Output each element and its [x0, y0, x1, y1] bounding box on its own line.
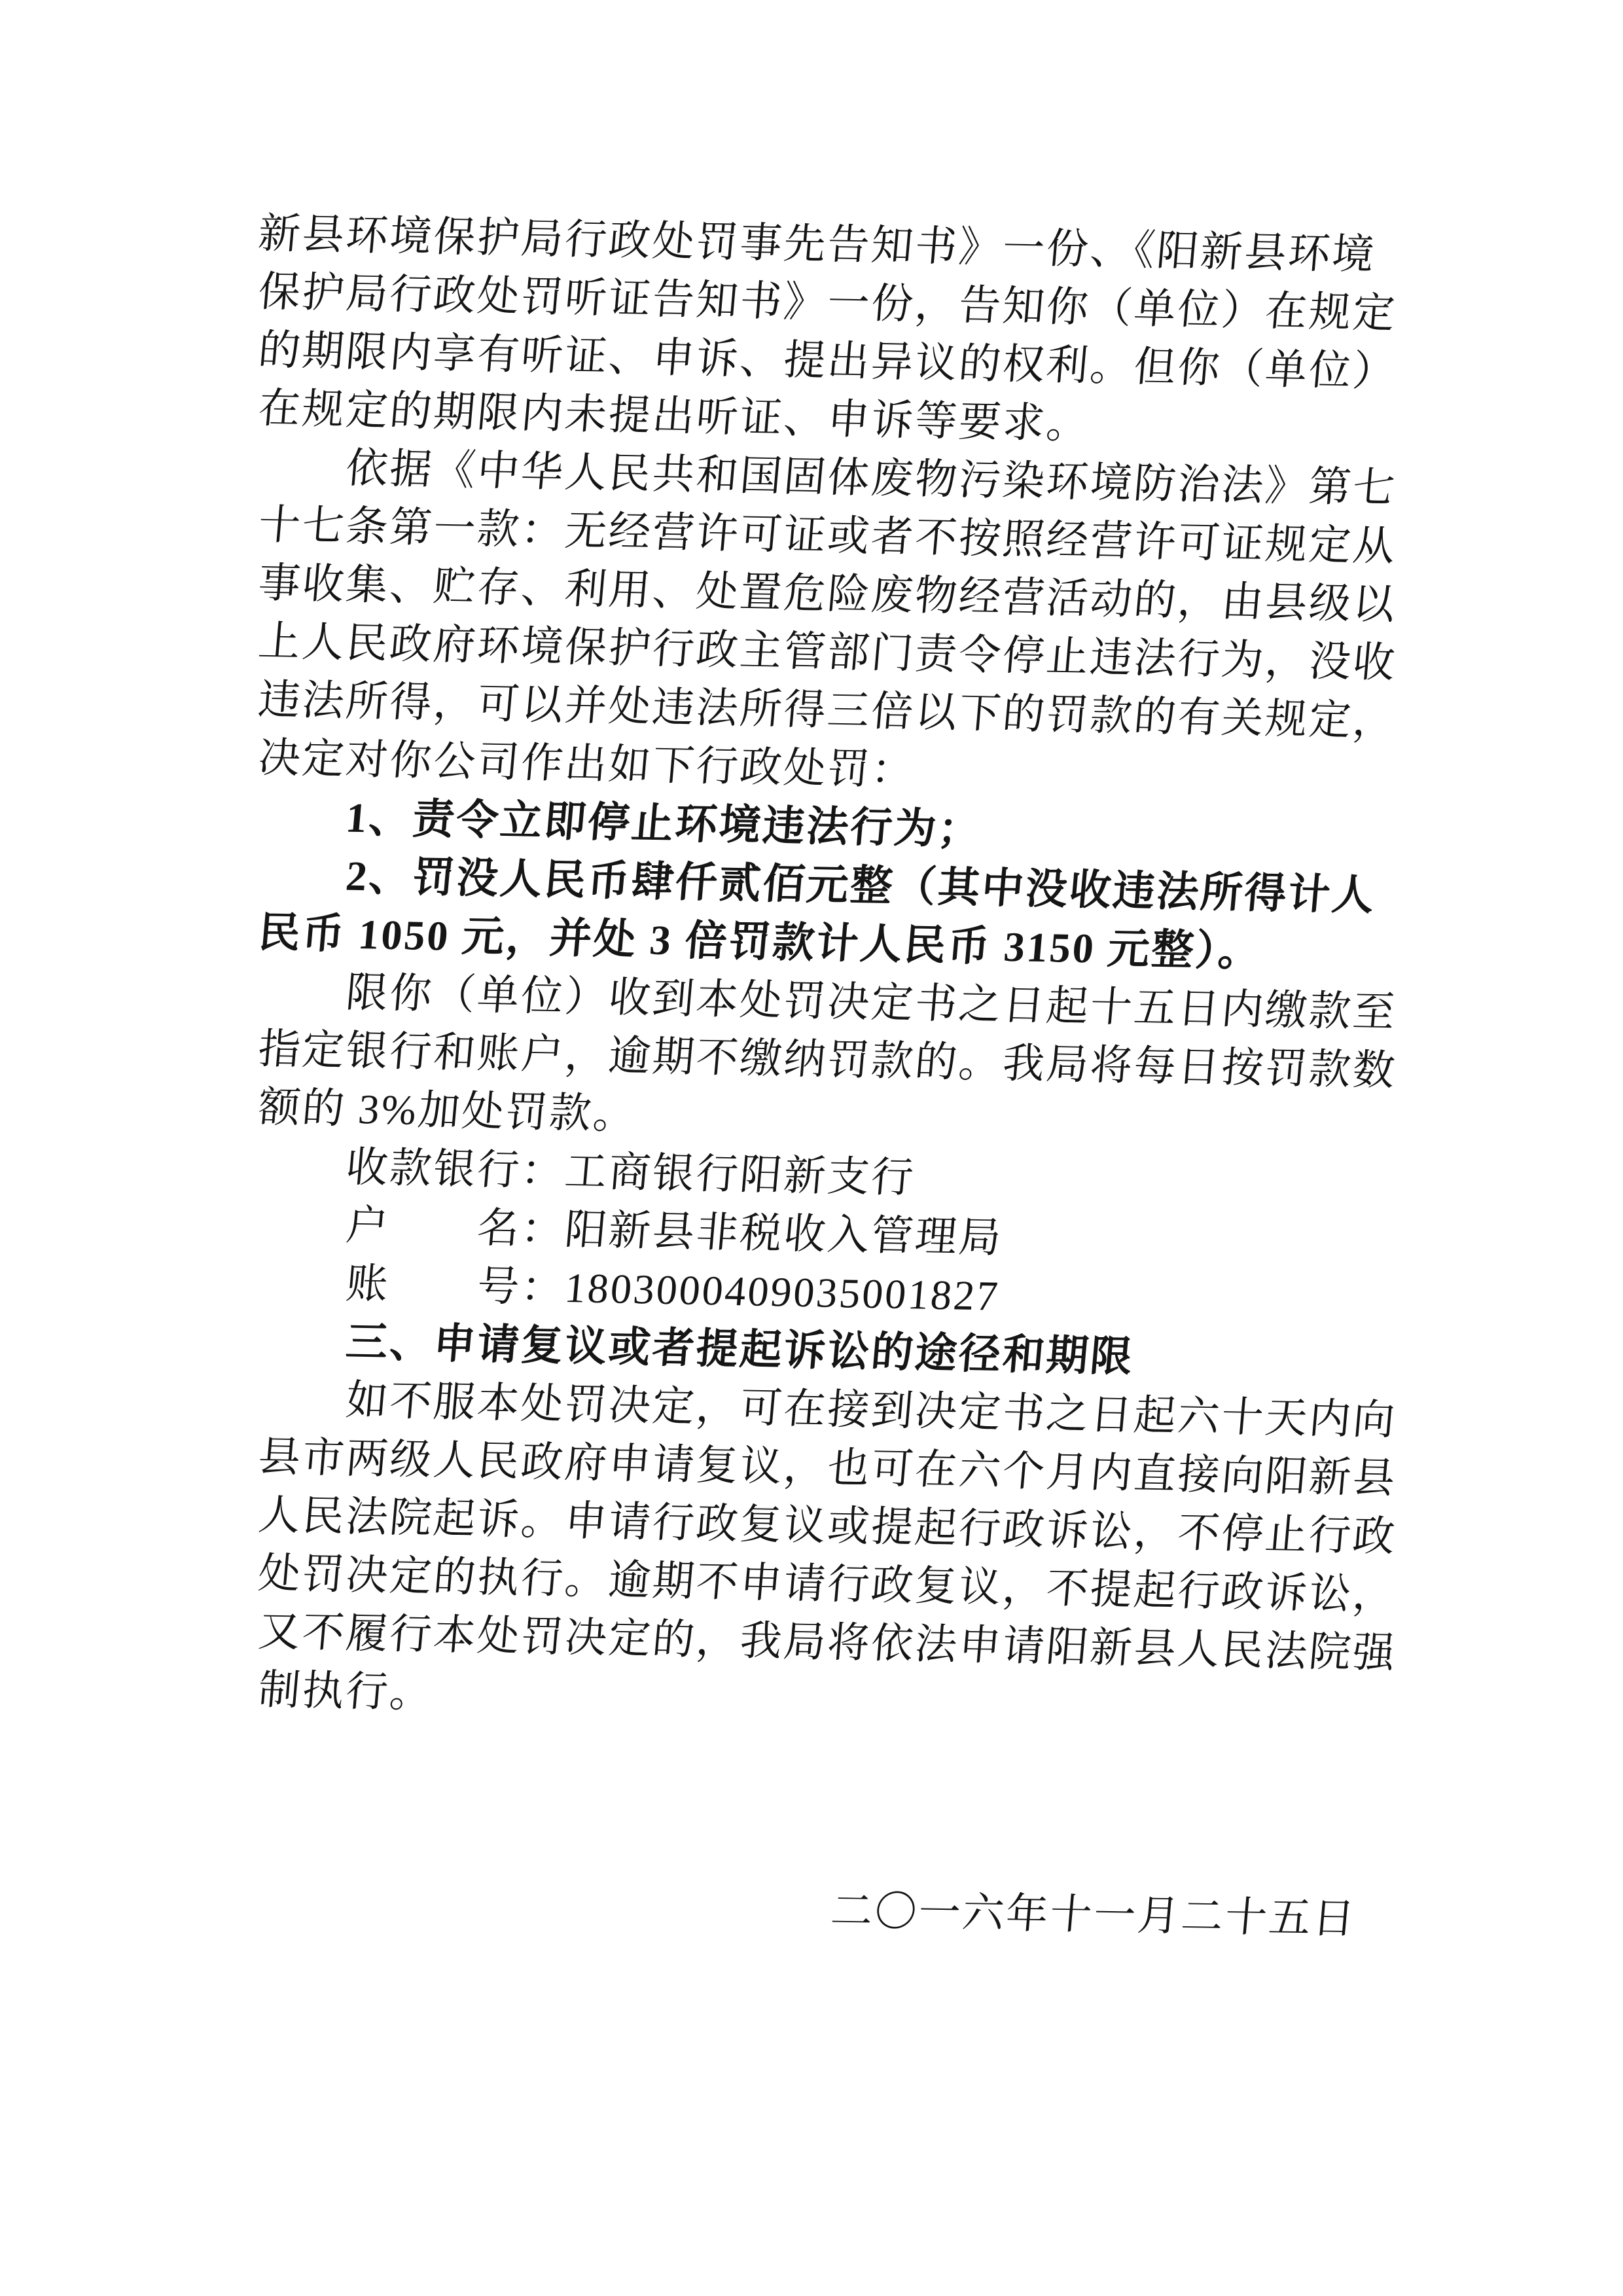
document-text-block: 新县环境保护局行政处罚事先告知书》一份、《阳新县环境保护局行政处罚听证告知书》一…: [259, 204, 1397, 1931]
scanned-document-page: 新县环境保护局行政处罚事先告知书》一份、《阳新县环境保护局行政处罚听证告知书》一…: [0, 0, 1623, 2296]
document-date: 二〇一六年十一月二十五日: [256, 1873, 1398, 1948]
